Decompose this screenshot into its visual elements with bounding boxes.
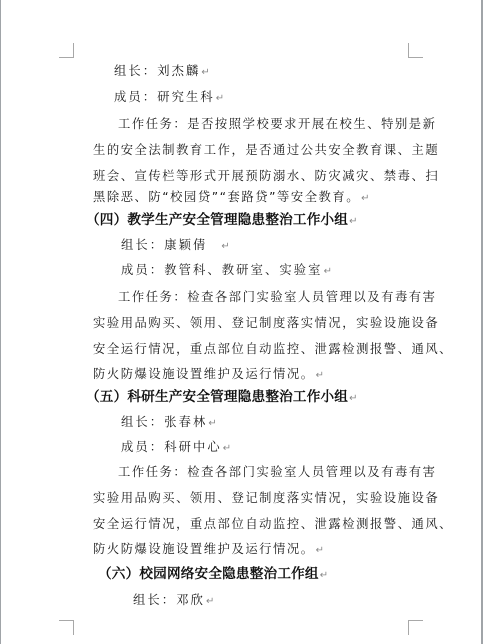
- section-heading-4: （四）教学生产安全管理隐患整治工作小组↵: [86, 212, 357, 230]
- crop-mark-top-right: [408, 43, 423, 58]
- group-leader-line: 组长：邓欣↵: [133, 592, 214, 610]
- paragraph-mark-icon: ↵: [201, 67, 209, 78]
- task-line: 安全运行情况，重点部位自动监控、泄露检测报警、通风、: [93, 341, 453, 357]
- section-heading-5: （五）科研生产安全管理隐患整治工作小组↵: [86, 389, 357, 407]
- group-leader-line: 组长：刘杰麟↵: [114, 63, 210, 81]
- paragraph-mark-icon: ↵: [208, 418, 216, 429]
- group-leader-line: 组长：康颖倩↵: [121, 237, 230, 255]
- task-line: 安全运行情况，重点部位自动监控、泄露检测报警、通风、: [93, 516, 453, 532]
- task-line: 工作任务：检查各部门实验室人员管理以及有毒有害: [118, 289, 436, 305]
- task-line: 黑除恶、防“校园贷”“套路贷”等安全教育。↵: [93, 189, 369, 207]
- task-line: 工作任务：检查各部门实验室人员管理以及有毒有害: [118, 464, 436, 480]
- paragraph-mark-icon: ↵: [216, 93, 224, 104]
- task-line: 实验用品购买、领用、登记制度落实情况，实验设施设备: [93, 315, 439, 331]
- group-members-line: 成员：科研中心↵: [121, 439, 231, 457]
- paragraph-mark-icon: ↵: [221, 241, 229, 252]
- section-heading-6: （六）校园网络安全隐患整治工作组↵: [98, 566, 328, 584]
- paragraph-mark-icon: ↵: [316, 370, 324, 381]
- paragraph-mark-icon: ↵: [349, 393, 357, 404]
- crop-mark-bottom-right: [408, 620, 423, 635]
- paragraph-mark-icon: ↵: [206, 596, 214, 607]
- paragraph-mark-icon: ↵: [223, 443, 231, 454]
- group-leader-line: 组长：张春林↵: [121, 414, 217, 432]
- task-line: 实验用品购买、领用、登记制度落实情况，实验设施设备: [93, 490, 439, 506]
- paragraph-mark-icon: ↵: [316, 545, 324, 556]
- task-line: 生的安全法制教育工作，是否通过公共安全教育课、主题: [93, 142, 439, 158]
- paragraph-mark-icon: ↵: [361, 193, 369, 204]
- crop-mark-bottom-left: [59, 620, 74, 635]
- crop-mark-top-left: [59, 43, 74, 58]
- paragraph-mark-icon: ↵: [349, 216, 357, 227]
- group-members-line: 成员：教管科、教研室、实验室↵: [121, 262, 332, 280]
- paragraph-mark-icon: ↵: [320, 570, 328, 581]
- page-edge-left: [0, 0, 1, 644]
- task-line: 防火防爆设施设置维护及运行情况。↵: [93, 366, 324, 384]
- paragraph-mark-icon: ↵: [324, 266, 332, 277]
- task-line: 防火防爆设施设置维护及运行情况。↵: [93, 541, 324, 559]
- task-line: 工作任务：是否按照学校要求开展在校生、特别是新: [118, 116, 436, 132]
- task-line: 班会、宣传栏等形式开展预防溺水、防灾减灾、禁毒、扫: [93, 168, 439, 184]
- group-members-line: 成员：研究生科↵: [114, 89, 224, 107]
